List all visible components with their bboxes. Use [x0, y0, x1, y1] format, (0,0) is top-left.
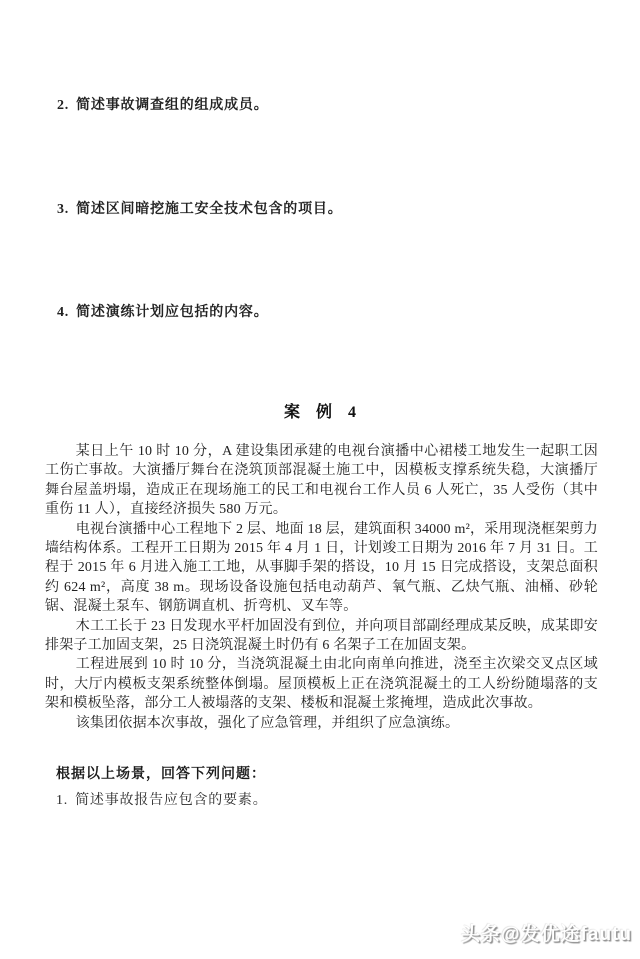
case-paragraph-2: 电视台演播中心工程地下 2 层、地面 18 层，建筑面积 34000 m²，采用… — [45, 520, 598, 617]
question-1-text: 简述事故报告应包含的要素。 — [75, 793, 267, 808]
case-title: 案 例 4 — [0, 399, 640, 422]
case-paragraph-1: 某日上午 10 时 10 分，A 建设集团承建的电视台演播中心裙楼工地发生一起职… — [45, 442, 598, 520]
toutiao-watermark: 头条@发优途fautu — [461, 919, 632, 946]
document-page: 2.简述事故调查组的组成成员。 3.简述区间暗挖施工安全技术包含的项目。 4.简… — [0, 0, 640, 959]
question-2-number: 2. — [57, 98, 69, 113]
case-paragraph-5: 该集团依据本次事故，强化了应急管理，并组织了应急演练。 — [45, 714, 598, 733]
question-1: 1.简述事故报告应包含的要素。 — [56, 789, 268, 809]
question-3-number: 3. — [57, 202, 69, 217]
question-4: 4.简述演练计划应包括的内容。 — [57, 301, 269, 321]
question-4-number: 4. — [57, 305, 69, 320]
answer-prompt: 根据以上场景，回答下列问题： — [56, 763, 266, 783]
case-body: 某日上午 10 时 10 分，A 建设集团承建的电视台演播中心裙楼工地发生一起职… — [45, 442, 598, 733]
question-3-text: 简述区间暗挖施工安全技术包含的项目。 — [76, 202, 342, 217]
question-3: 3.简述区间暗挖施工安全技术包含的项目。 — [57, 198, 343, 218]
case-paragraph-3: 木工工长于 23 日发现水平杆加固没有到位，并向项目部副经理成某反映，成某即安排… — [45, 617, 598, 656]
question-2-text: 简述事故调查组的组成成员。 — [76, 98, 268, 113]
question-2: 2.简述事故调查组的组成成员。 — [57, 94, 269, 114]
case-paragraph-4: 工程进展到 10 时 10 分，当浇筑混凝土由北向南单向推进，浇至主次梁交叉点区… — [45, 655, 598, 713]
question-1-number: 1. — [56, 793, 68, 808]
question-4-text: 简述演练计划应包括的内容。 — [76, 305, 268, 320]
